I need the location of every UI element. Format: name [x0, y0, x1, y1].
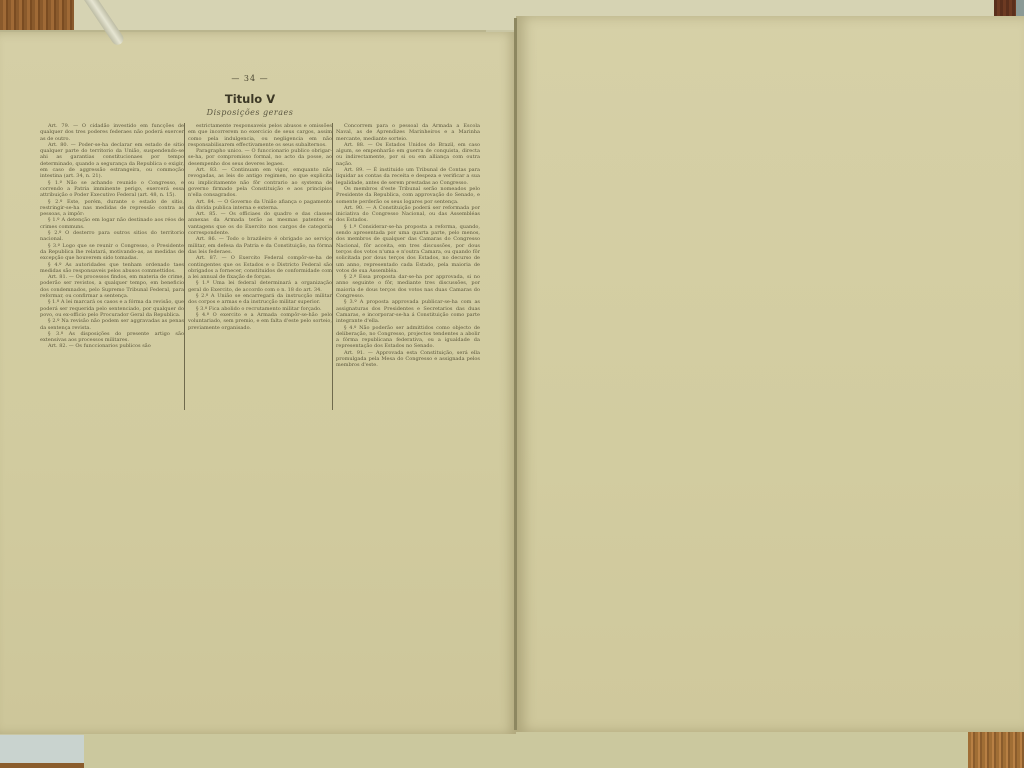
paragraph: § 4.º Não poderão ser admittidos como ob…	[336, 325, 480, 350]
paragraph: § 4.º O exercito e a Armada compôr-se-hã…	[188, 312, 332, 331]
paragraph: § 2.º A União se encarregará da instrucç…	[188, 293, 332, 306]
paper-label-strip	[0, 735, 84, 763]
left-page-content: — 34 — Titulo V Disposições geraes Art. …	[40, 74, 480, 369]
paragraph: Art. 84. — O Governo da União afiança o …	[188, 199, 332, 212]
paragraph: § 1.º Considerar-se-ha proposta a reform…	[336, 224, 480, 274]
paragraph: § 2.º O desterro para outros sitios do t…	[40, 230, 184, 243]
text-columns: Art. 79. — O cidadão investido em funcçõ…	[40, 123, 480, 369]
paragraph: Art. 90. — A Constituição poderá ser ref…	[336, 205, 480, 224]
paragraph: Art. 89. — É instituido um Tribunal de C…	[336, 167, 480, 186]
paragraph: Art. 83. — Continuam em vigor, emquanto …	[188, 167, 332, 198]
right-page-blank	[516, 16, 1024, 732]
book-lower-board	[84, 732, 968, 768]
wooden-table-edge	[968, 726, 1024, 768]
paragraph: Art. 87. — O Exercito Federal compôr-se-…	[188, 255, 332, 280]
paragraph: Art. 80. — Poder-se-ha declarar em estad…	[40, 142, 184, 180]
paragraph: Paragrapho unico. — O funccionario publi…	[188, 148, 332, 167]
paragraph: Concorrem para o pessoal da Armada a Esc…	[336, 123, 480, 142]
paragraph: § 4.º As autoridades que tenham ordenado…	[40, 262, 184, 275]
paragraph: § 1.º A lei marcará os casos e a fórma d…	[40, 299, 184, 318]
paragraph: § 2.º Este, porém, durante o estado de s…	[40, 199, 184, 218]
paragraph: § 1.º A detenção em logar não destinado …	[40, 217, 184, 230]
page-title: Titulo V	[130, 92, 370, 106]
paragraph: § 3.º Fica abolido o recrutamento milita…	[188, 306, 332, 312]
page-number: — 34 —	[130, 74, 370, 83]
paragraph: § 3.º As disposições do presente artigo …	[40, 331, 184, 344]
page-subtitle: Disposições geraes	[130, 108, 370, 117]
paragraph: § 1.º Não se achando reunido o Congresso…	[40, 180, 184, 199]
paragraph: estrictamente responsaveis pelos abusos …	[188, 123, 332, 148]
paragraph: Art. 79. — O cidadão investido em funcçõ…	[40, 123, 184, 142]
paragraph: Art. 85. — Os officiaes do quadro e das …	[188, 211, 332, 236]
paragraph: § 2.º Na revisão não podem ser aggravada…	[40, 318, 184, 331]
column-divider	[332, 123, 333, 410]
text-column-3: Concorrem para o pessoal da Armada a Esc…	[336, 123, 480, 369]
book-gutter	[514, 18, 517, 730]
paragraph: Art. 81. — Os processos findos, em mater…	[40, 274, 184, 299]
column-divider	[184, 123, 185, 410]
paragraph: § 2.º Essa proposta dar-se-ha por approv…	[336, 274, 480, 299]
paragraph: Art. 86. — Todo o brazileiro é obrigado …	[188, 236, 332, 255]
paragraph: § 3.º Logo que se reunir o Congresso, o …	[40, 243, 184, 262]
paragraph: Art. 91. — Approvada esta Constituição, …	[336, 350, 480, 369]
paragraph: § 3.º A proposta approvada publicar-se-h…	[336, 299, 480, 324]
paragraph: § 1.º Uma lei federal determinará a orga…	[188, 280, 332, 293]
paragraph: Art. 88. — Os Estados Unidos do Brazil, …	[336, 142, 480, 167]
text-column-1: Art. 79. — O cidadão investido em funcçõ…	[40, 123, 184, 369]
text-column-2: estrictamente responsaveis pelos abusos …	[188, 123, 332, 369]
paragraph: Art. 82. — Os funccionarios publicos são	[40, 343, 184, 349]
paragraph: Os membros d'este Tribunal serão nomeado…	[336, 186, 480, 205]
